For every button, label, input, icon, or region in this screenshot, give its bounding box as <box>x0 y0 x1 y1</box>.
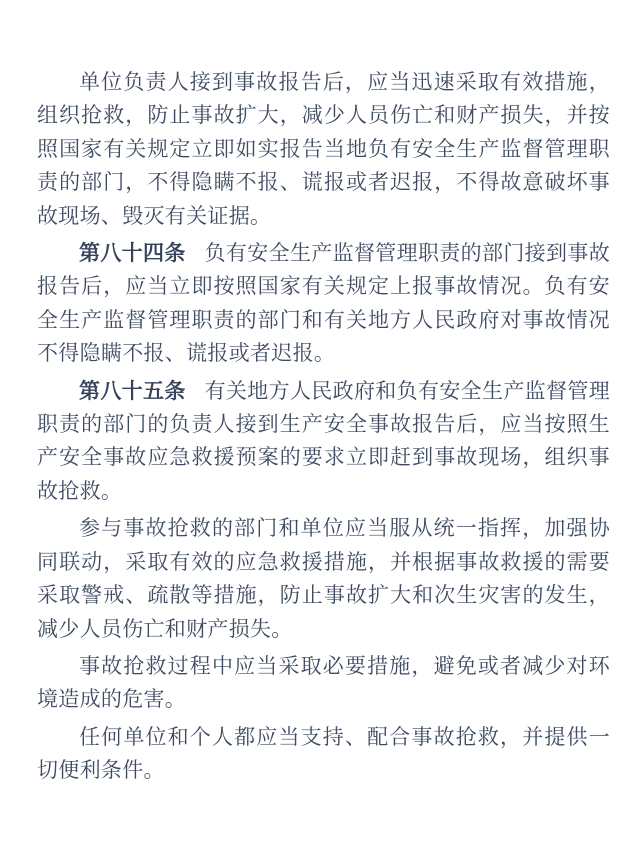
article-number: 第八十四条 <box>79 241 186 265</box>
paragraph: 第八十四条负有安全生产监督管理职责的部门接到事故报告后，应当立即按照国家有关规定… <box>37 237 610 371</box>
paragraph: 任何单位和个人都应当支持、配合事故抢救，并提供一切便利条件。 <box>37 721 610 788</box>
paragraph-text: 参与事故抢救的部门和单位应当服从统一指挥，加强协同联动，采取有效的应急救援措施，… <box>37 516 610 640</box>
paragraph: 事故抢救过程中应当采取必要措施，避免或者减少对环境造成的危害。 <box>37 650 610 717</box>
paragraph: 第八十五条有关地方人民政府和负有安全生产监督管理职责的部门的负责人接到生产安全事… <box>37 375 610 509</box>
paragraph-text: 事故抢救过程中应当采取必要措施，避免或者减少对环境造成的危害。 <box>37 654 610 711</box>
document-page: 单位负责人接到事故报告后，应当迅速采取有效措施，组织抢救，防止事故扩大，减少人员… <box>0 0 640 858</box>
paragraph-text: 任何单位和个人都应当支持、配合事故抢救，并提供一切便利条件。 <box>37 725 610 782</box>
paragraph: 参与事故抢救的部门和单位应当服从统一指挥，加强协同联动，采取有效的应急救援措施，… <box>37 512 610 646</box>
article-number: 第八十五条 <box>79 379 186 403</box>
paragraph: 单位负责人接到事故报告后，应当迅速采取有效措施，组织抢救，防止事故扩大，减少人员… <box>37 66 610 233</box>
document-text-block: 单位负责人接到事故报告后，应当迅速采取有效措施，组织抢救，防止事故扩大，减少人员… <box>37 66 610 792</box>
paragraph-text: 单位负责人接到事故报告后，应当迅速采取有效措施，组织抢救，防止事故扩大，减少人员… <box>37 70 610 228</box>
